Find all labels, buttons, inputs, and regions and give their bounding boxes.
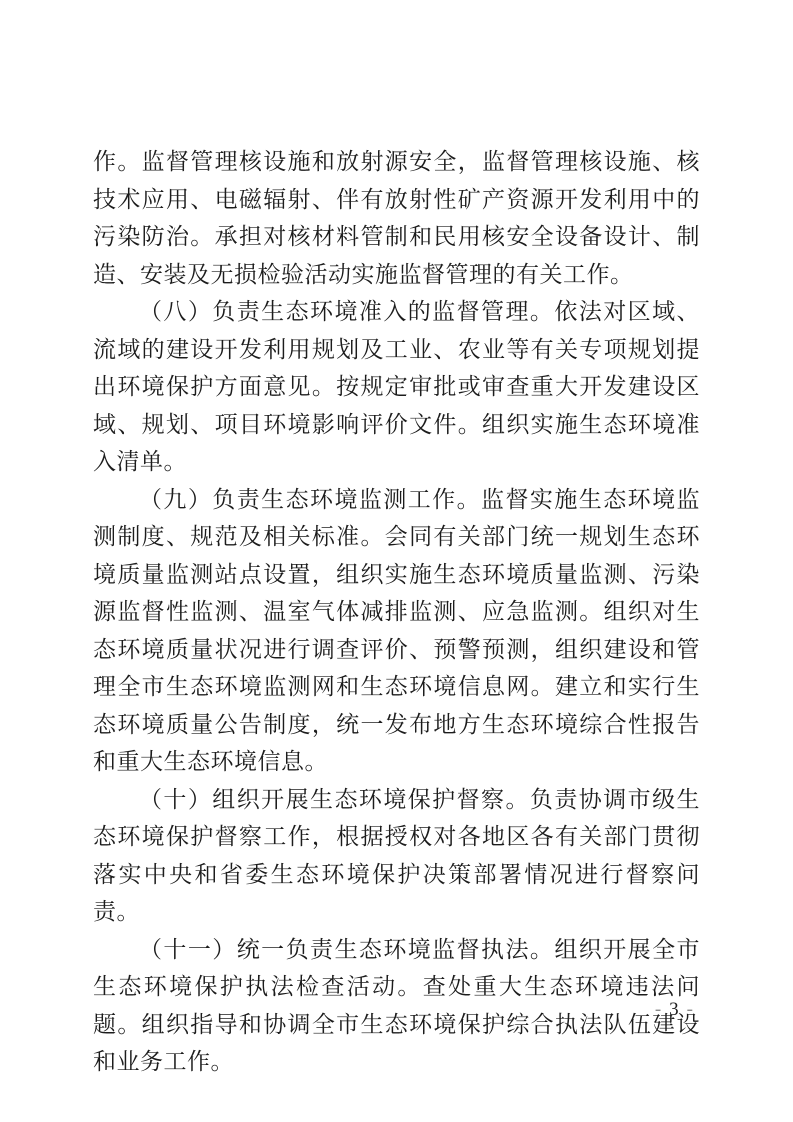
paragraph: （十）组织开展生态环境保护督察。负责协调市级生态环境保护督察工作，根据授权对各地… bbox=[93, 781, 700, 931]
page-number-dash-right: - bbox=[681, 999, 701, 1020]
paragraph: （十一）统一负责生态环境监督执法。组织开展全市生态环境保护执法检查活动。查处重大… bbox=[93, 931, 700, 1081]
paragraph: （八）负责生态环境准入的监督管理。依法对区域、流域的建设开发利用规划及工业、农业… bbox=[93, 293, 700, 481]
paragraph: （九）负责生态环境监测工作。监督实施生态环境监测制度、规范及相关标准。会同有关部… bbox=[93, 481, 700, 781]
page-number-value: 3 bbox=[669, 999, 681, 1020]
paragraph: 作。监督管理核设施和放射源安全，监督管理核设施、核技术应用、电磁辐射、伴有放射性… bbox=[93, 143, 700, 293]
page-number: -3- bbox=[649, 998, 701, 1022]
document-body: 作。监督管理核设施和放射源安全，监督管理核设施、核技术应用、电磁辐射、伴有放射性… bbox=[93, 143, 700, 1081]
page-number-dash-left: - bbox=[649, 999, 669, 1020]
document-page: 作。监督管理核设施和放射源安全，监督管理核设施、核技术应用、电磁辐射、伴有放射性… bbox=[0, 0, 793, 1122]
